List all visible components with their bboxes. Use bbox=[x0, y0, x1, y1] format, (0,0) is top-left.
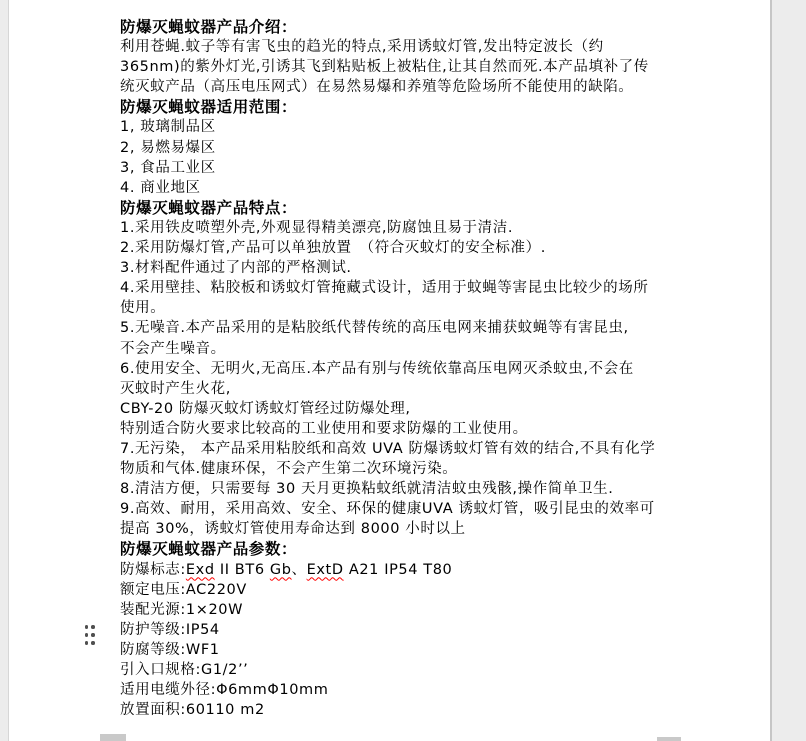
text-line: 特别适合防火要求比较高的工业使用和要求防爆的工业使用。 bbox=[120, 419, 695, 439]
text-line: 365nm)的紫外灯光,引诱其飞到粘贴板上被粘住,让其自然而死.本产品填补了传 bbox=[120, 57, 695, 77]
heading-line: 防爆灭蝇蚊器产品参数： bbox=[120, 539, 695, 559]
text-line: CBY-20 防爆灭蚊灯诱蚊灯管经过防爆处理, bbox=[120, 399, 695, 419]
drag-dot bbox=[85, 625, 89, 629]
text-line: 2, 易燃易爆区 bbox=[120, 138, 695, 158]
text-segment: 防爆标志: bbox=[120, 562, 186, 578]
text-line: 防护等级:IP54 bbox=[120, 620, 695, 640]
text-line: 不会产生噪音。 bbox=[120, 339, 695, 359]
text-line: 1.采用铁皮喷塑外壳,外观显得精美漂亮,防腐蚀且易于清洁. bbox=[120, 218, 695, 238]
text-line: 装配光源:1×20W bbox=[120, 600, 695, 620]
text-line: 防爆标志:Exd II BT6 Gb、ExtD A21 IP54 T80 bbox=[120, 560, 695, 580]
heading-line: 防爆灭蝇蚊器适用范围： bbox=[120, 97, 695, 117]
text-segment: A21 IP54 T80 bbox=[344, 562, 453, 578]
text-line: 4.采用壁挂、粘胶板和诱蚊灯管掩藏式设计，适用于蚊蝇等害昆虫比较少的场所 bbox=[120, 278, 695, 298]
text-line: 物质和气体.健康环保，不会产生第二次环境污染。 bbox=[120, 459, 695, 479]
text-line: 适用电缆外径:Φ6mmΦ10mm bbox=[120, 680, 695, 700]
drag-dot bbox=[85, 633, 89, 637]
text-line: 3, 食品工业区 bbox=[120, 158, 695, 178]
text-line: 统灭蚊产品（高压电压网式）在易然易爆和养殖等危险场所不能使用的缺陷。 bbox=[120, 77, 695, 97]
next-page-fragment-left bbox=[100, 734, 126, 741]
spellcheck-flagged-text: ExtD bbox=[307, 562, 344, 578]
text-segment: 、 bbox=[292, 562, 307, 578]
text-line: 放置面积:60110 m2 bbox=[120, 700, 695, 720]
heading-line: 防爆灭蝇蚊器产品介绍： bbox=[120, 17, 695, 37]
text-line: 4. 商业地区 bbox=[120, 178, 695, 198]
text-line: 防腐等级:WF1 bbox=[120, 640, 695, 660]
text-line: 额定电压:AC220V bbox=[120, 580, 695, 600]
heading-line: 防爆灭蝇蚊器产品特点： bbox=[120, 198, 695, 218]
text-line: 7.无污染， 本产品采用粘胶纸和高效 UVA 防爆诱蚊灯管有效的结合,不具有化学 bbox=[120, 439, 695, 459]
block-drag-handle-icon[interactable] bbox=[83, 623, 96, 647]
next-page-fragment-right bbox=[657, 737, 681, 741]
text-segment: II BT6 bbox=[215, 562, 270, 578]
drag-dot bbox=[91, 641, 95, 645]
text-line: 2.采用防爆灯管,产品可以单独放置 （符合灭蚊灯的安全标准）. bbox=[120, 238, 695, 258]
text-line: 使用。 bbox=[120, 298, 695, 318]
document-page: 防爆灭蝇蚊器产品介绍：利用苍蝇.蚊子等有害飞虫的趋光的特点,采用诱蚊灯管,发出特… bbox=[8, 0, 772, 741]
document-canvas: 防爆灭蝇蚊器产品介绍：利用苍蝇.蚊子等有害飞虫的趋光的特点,采用诱蚊灯管,发出特… bbox=[0, 0, 806, 741]
text-line: 5.无噪音.本产品采用的是粘胶纸代替传统的高压电网来捕获蚊蝇等有害昆虫, bbox=[120, 318, 695, 338]
text-line: 提高 30%，诱蚊灯管使用寿命达到 8000 小时以上 bbox=[120, 519, 695, 539]
text-line: 3.材料配件通过了内部的严格测试. bbox=[120, 258, 695, 278]
drag-dot bbox=[91, 633, 95, 637]
spellcheck-flagged-text: Exd bbox=[186, 562, 215, 578]
text-line: 引入口规格:G1/2’’ bbox=[120, 660, 695, 680]
text-line: 9.高效、耐用，采用高效、安全、环保的健康UVA 诱蚊灯管，吸引昆虫的效率可 bbox=[120, 499, 695, 519]
document-content[interactable]: 防爆灭蝇蚊器产品介绍：利用苍蝇.蚊子等有害飞虫的趋光的特点,采用诱蚊灯管,发出特… bbox=[120, 17, 695, 720]
text-line: 8.清洁方便，只需要每 30 天月更换粘蚊纸就清洁蚊虫残骸,操作简单卫生. bbox=[120, 479, 695, 499]
spellcheck-flagged-text: Gb bbox=[270, 562, 292, 578]
text-line: 利用苍蝇.蚊子等有害飞虫的趋光的特点,采用诱蚊灯管,发出特定波长（约 bbox=[120, 37, 695, 57]
text-line: 1, 玻璃制品区 bbox=[120, 117, 695, 137]
drag-dot bbox=[85, 641, 89, 645]
drag-dot bbox=[91, 625, 95, 629]
text-line: 6.使用安全、无明火,无高压.本产品有别与传统依靠高压电网灭杀蚊虫,不会在 bbox=[120, 359, 695, 379]
text-line: 灭蚊时产生火花, bbox=[120, 379, 695, 399]
